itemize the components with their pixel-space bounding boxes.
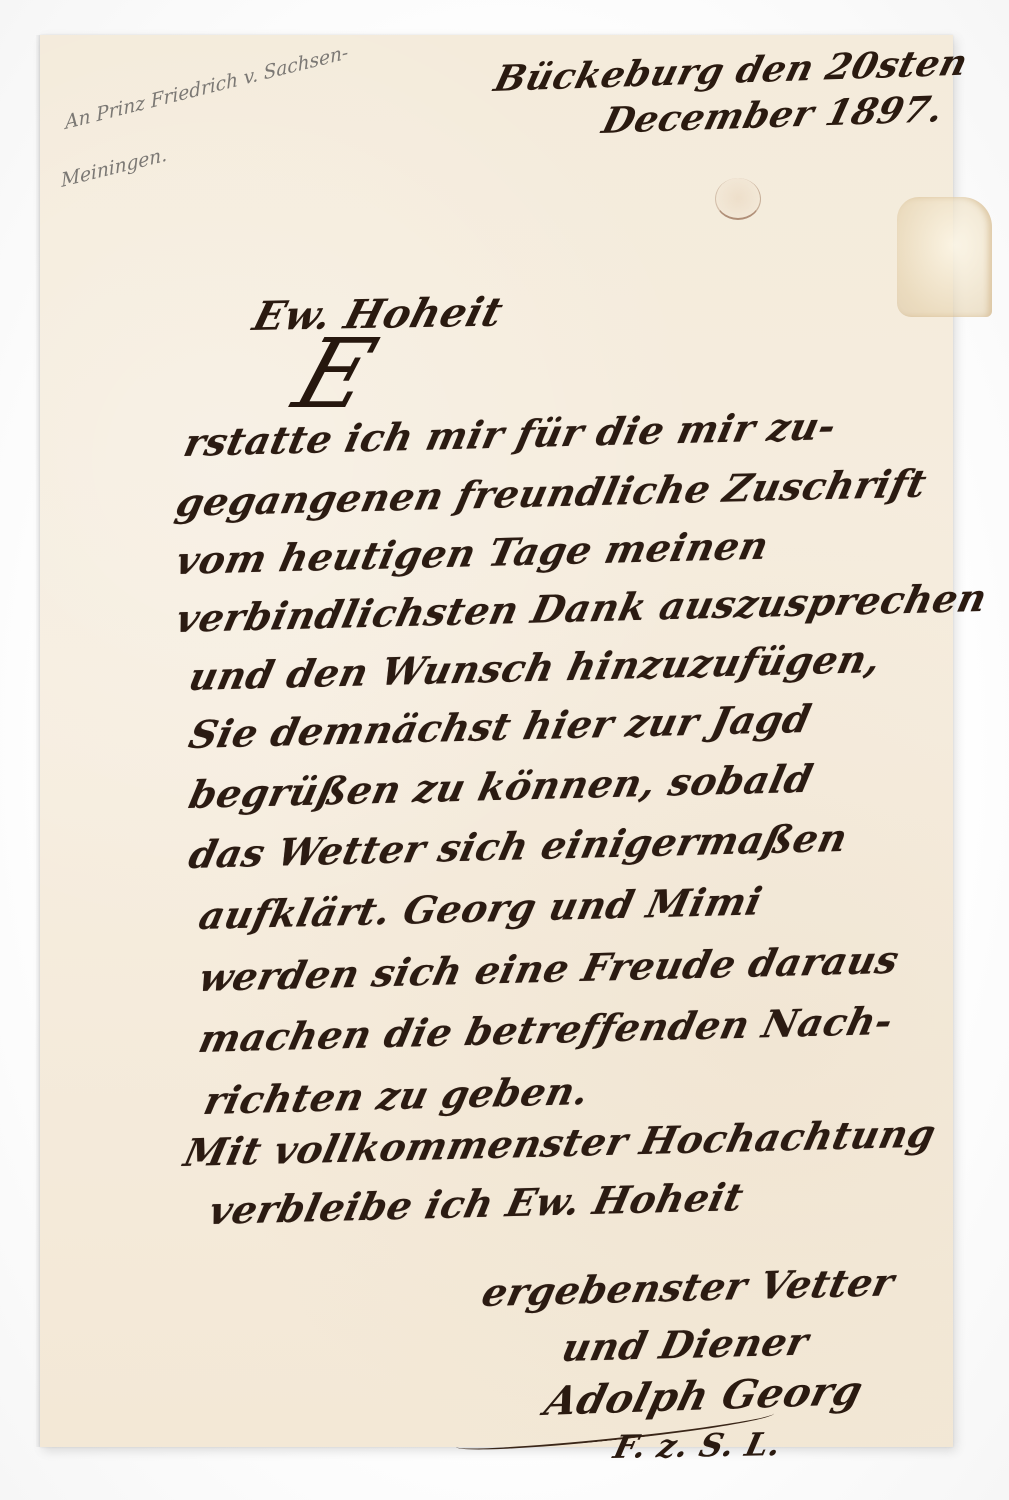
tape-residue-stain: [897, 197, 992, 317]
closing-line: und Diener: [558, 1319, 813, 1370]
signature-title: F. z. S. L.: [610, 1425, 785, 1466]
ink-stain: [715, 178, 761, 220]
